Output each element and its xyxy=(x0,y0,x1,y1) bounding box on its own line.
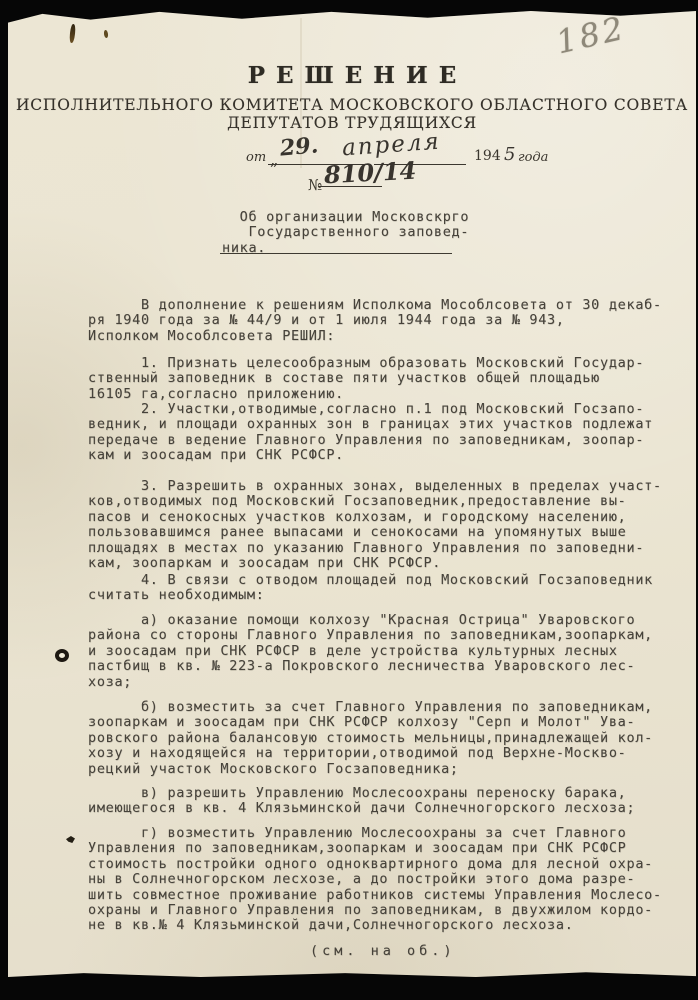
paragraph-clause-3: 3. Разрешить в охранных зонах, выделенны… xyxy=(88,479,662,571)
ink-streak-stain xyxy=(69,24,76,43)
date-suffix-label: года xyxy=(518,150,548,165)
number-underline xyxy=(318,186,382,187)
document-page: 182 РЕШЕНИЕ ИСПОЛНИТЕЛЬНОГО КОМИТЕТА МОС… xyxy=(8,10,696,978)
ink-mark-stain xyxy=(66,836,75,843)
subject-heading: Об организации Московскрго Государственн… xyxy=(222,210,469,256)
document-title: РЕШЕНИЕ xyxy=(8,62,696,89)
paragraph-clause-4g: г) возместить Управлению Мослесоохраны з… xyxy=(88,826,662,934)
paragraph-clause-1: 1. Признать целесообразным образовать Мо… xyxy=(88,356,644,402)
paper-fold-line xyxy=(300,18,302,168)
paragraph-clause-2: 2. Участки,отводимые,согласно п.1 под Мо… xyxy=(88,402,653,464)
date-open-quote: „ xyxy=(270,150,278,169)
ink-dot-stain xyxy=(103,30,108,38)
see-reverse-note: (см. на об.) xyxy=(310,944,456,959)
paragraph-clause-4a: а) оказание помощи колхозу "Красная Остр… xyxy=(88,613,653,690)
handwritten-decree-number: 810/14 xyxy=(323,156,417,190)
issuing-body-line1: ИСПОЛНИТЕЛЬНОГО КОМИТЕТА МОСКОВСКОГО ОБЛ… xyxy=(8,96,696,114)
subject-underline xyxy=(220,253,452,254)
number-sign: № xyxy=(308,176,322,194)
paragraph-intro: В дополнение к решениям Исполкома Мособл… xyxy=(88,298,662,344)
handwritten-page-number: 182 xyxy=(553,9,630,62)
ink-blot-hole xyxy=(55,649,69,662)
paragraph-clause-4: 4. В связи с отводом площадей под Москов… xyxy=(88,573,653,604)
date-prefix-label: от xyxy=(246,150,266,165)
handwritten-year-digit: 5 xyxy=(504,144,515,165)
paragraph-clause-4b: б) возместить за счет Главного Управлени… xyxy=(88,700,653,777)
paragraph-clause-4v: в) разрешить Управлению Мослесоохраны пе… xyxy=(88,786,635,817)
issuing-body-line2: ДЕПУТАТОВ ТРУДЯЩИХСЯ xyxy=(8,114,696,132)
printed-year: 194 xyxy=(474,148,501,164)
